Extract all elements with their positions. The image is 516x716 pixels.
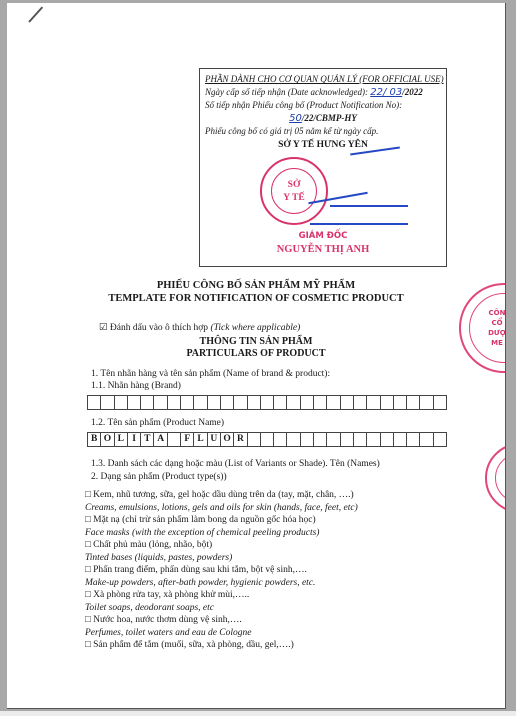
checkbox-icon: □: [85, 540, 91, 550]
product-name-cell: [407, 432, 420, 447]
product-type-option: □ Sản phẩm để tắm (muối, sữa, xà phòng, …: [85, 639, 358, 652]
checkbox-icon: □: [85, 590, 91, 600]
checkbox-icon: □: [85, 565, 91, 575]
section-1-2-label: 1.2. Tên sản phẩm (Product Name): [91, 417, 224, 429]
product-name-cell: [367, 432, 380, 447]
product-name-cell: B: [88, 432, 101, 447]
checkbox-icon: □: [85, 490, 91, 500]
product-type-option: □ Phấn trang điểm, phấn dùng sau khi tắm…: [85, 564, 358, 577]
product-name-grid: BOLITAFLUOR: [87, 432, 447, 447]
section-1-label: 1. Tên nhãn hàng và tên sản phẩm (Name o…: [91, 368, 330, 380]
product-name-cell: [287, 432, 300, 447]
pen-mark: [28, 6, 43, 22]
document-title-vi: PHIẾU CÔNG BỐ SẢN PHẨM MỸ PHẨM: [7, 280, 505, 293]
product-name-cell: L: [115, 432, 128, 447]
particulars-heading-en: PARTICULARS OF PRODUCT: [7, 348, 505, 360]
department-name: SỞ Y TẾ HƯNG YÊN: [205, 139, 441, 152]
date-acknowledged-label: Ngày cấp số tiếp nhận (Date acknowledged…: [205, 87, 368, 97]
document-title: PHIẾU CÔNG BỐ SẢN PHẨM MỸ PHẨM TEMPLATE …: [7, 280, 505, 305]
stamp-line-1: SỞ: [260, 179, 328, 192]
brand-cell: [168, 395, 181, 410]
brand-cell: [327, 395, 340, 410]
checkbox-icon: □: [85, 640, 91, 650]
product-name-cell: [274, 432, 287, 447]
section-1-3-label: 1.3. Danh sách các dạng hoặc màu (List o…: [91, 458, 380, 470]
product-name-cell: [354, 432, 367, 447]
tick-instruction-vi: Đánh dấu vào ô thích hợp: [110, 323, 208, 333]
brand-cell: [407, 395, 420, 410]
brand-cell: [248, 395, 261, 410]
product-type-label-vi: Chất phủ màu (lỏng, nhão, bột): [93, 540, 212, 550]
brand-cell: [367, 395, 380, 410]
product-type-option: □ Kem, nhũ tương, sữa, gel hoặc dầu dùng…: [85, 489, 358, 502]
product-name-cell: O: [101, 432, 114, 447]
brand-cell: [88, 395, 101, 410]
product-type-label-en: Toilet soaps, deodorant soaps, etc: [85, 602, 358, 615]
product-type-label-vi: Nước hoa, nước thơm dùng vệ sinh,….: [93, 615, 242, 625]
checkbox-icon: □: [85, 615, 91, 625]
section-2-label: 2. Dạng sản phẩm (Product type(s)): [91, 471, 227, 483]
director-title: GIÁM ĐỐC: [200, 230, 446, 243]
brand-cell: [394, 395, 407, 410]
brand-cell: [194, 395, 207, 410]
product-type-label-vi: Phấn trang điểm, phấn dùng sau khi tắm, …: [93, 565, 307, 575]
product-type-label-vi: Sản phẩm để tắm (muối, sữa, xà phòng, dầ…: [93, 640, 294, 650]
brand-cell: [221, 395, 234, 410]
product-name-cell: O: [221, 432, 234, 447]
product-name-cell: [341, 432, 354, 447]
product-name-cell: [314, 432, 327, 447]
tick-instruction: ☑ Đánh dấu vào ô thích hợp (Tick where a…: [99, 322, 300, 333]
product-name-cell: A: [154, 432, 167, 447]
brand-cell: [234, 395, 247, 410]
product-types-list: □ Kem, nhũ tương, sữa, gel hoặc dầu dùng…: [85, 489, 358, 652]
brand-cell: [261, 395, 274, 410]
brand-cell: [181, 395, 194, 410]
brand-cell: [434, 395, 447, 410]
product-name-cell: I: [128, 432, 141, 447]
product-name-cell: [168, 432, 181, 447]
brand-cell: [141, 395, 154, 410]
brand-cell: [208, 395, 221, 410]
viewer-bottom-band: [0, 711, 516, 716]
product-type-label-en: Make-up powders, after-bath powder, hygi…: [85, 577, 358, 590]
brand-cell: [101, 395, 114, 410]
product-type-label-vi: Xà phòng rửa tay, xà phòng khử mùi,…..: [93, 590, 249, 600]
document-page: PHẦN DÀNH CHO CƠ QUAN QUẢN LÝ (FOR OFFIC…: [7, 3, 506, 709]
tick-instruction-en: (Tick where applicable): [210, 323, 300, 333]
product-type-label-vi: Kem, nhũ tương, sữa, gel hoặc dầu dùng t…: [93, 490, 354, 500]
product-name-cell: [261, 432, 274, 447]
product-name-cell: [301, 432, 314, 447]
product-type-label-vi: Mặt nạ (chỉ trừ sản phẩm làm bong da ngu…: [93, 515, 316, 525]
section-1-1-label: 1.1. Nhãn hàng (Brand): [91, 380, 181, 392]
checkbox-icon: □: [85, 515, 91, 525]
signature-stroke: [330, 205, 408, 207]
signature-stroke: [310, 223, 408, 225]
notification-number-suffix: /22/CBMP-HY: [302, 113, 357, 123]
company-stamp-partial: [485, 443, 506, 513]
checked-box-icon: ☑: [99, 323, 108, 333]
particulars-heading-vi: THÔNG TIN SẢN PHẨM: [7, 336, 505, 348]
director-name: NGUYỄN THỊ ANH: [200, 244, 446, 257]
product-name-cell: [248, 432, 261, 447]
brand-cell: [314, 395, 327, 410]
product-name-cell: F: [181, 432, 194, 447]
notification-number-handwritten: 50: [289, 113, 302, 124]
date-acknowledged-row: Ngày cấp số tiếp nhận (Date acknowledged…: [205, 86, 441, 100]
brand-cell: [287, 395, 300, 410]
product-name-cell: [394, 432, 407, 447]
product-name-cell: U: [208, 432, 221, 447]
product-type-option: □ Nước hoa, nước thơm dùng vệ sinh,….: [85, 614, 358, 627]
official-use-box: PHẦN DÀNH CHO CƠ QUAN QUẢN LÝ (FOR OFFIC…: [199, 68, 447, 267]
brand-cell: [274, 395, 287, 410]
product-name-cell: L: [194, 432, 207, 447]
product-name-cell: R: [234, 432, 247, 447]
stamp-line-2: Y TẾ: [260, 192, 328, 205]
official-use-header: PHẦN DÀNH CHO CƠ QUAN QUẢN LÝ (FOR OFFIC…: [205, 73, 441, 86]
document-title-en: TEMPLATE FOR NOTIFICATION OF COSMETIC PR…: [7, 293, 505, 306]
brand-cell: [128, 395, 141, 410]
product-name-cell: [434, 432, 447, 447]
validity-text: Phiếu công bố có giá trị 05 năm kể từ ng…: [205, 125, 441, 138]
product-type-option: □ Mặt nạ (chỉ trừ sản phẩm làm bong da n…: [85, 514, 358, 527]
notification-number-label: Số tiếp nhận Phiếu công bố (Product Noti…: [205, 99, 441, 112]
product-name-cell: T: [141, 432, 154, 447]
product-type-option: □ Chất phủ màu (lỏng, nhão, bột): [85, 539, 358, 552]
product-type-option: □ Xà phòng rửa tay, xà phòng khử mùi,…..: [85, 589, 358, 602]
brand-cell: [354, 395, 367, 410]
date-handwritten: 22/ 03: [370, 87, 402, 98]
particulars-heading: THÔNG TIN SẢN PHẨM PARTICULARS OF PRODUC…: [7, 336, 505, 360]
product-type-label-en: Face masks (with the exception of chemic…: [85, 527, 358, 540]
product-name-cell: [420, 432, 433, 447]
brand-cell: [115, 395, 128, 410]
brand-cell: [420, 395, 433, 410]
brand-cell: [341, 395, 354, 410]
notification-number-row: 50/22/CBMP-HY: [205, 112, 441, 126]
product-type-label-en: Creams, emulsions, lotions, gels and oil…: [85, 502, 358, 515]
product-name-cell: [381, 432, 394, 447]
date-year: /2022: [402, 87, 423, 97]
brand-cell: [301, 395, 314, 410]
brand-grid: [87, 395, 447, 410]
brand-cell: [154, 395, 167, 410]
product-name-cell: [327, 432, 340, 447]
brand-cell: [381, 395, 394, 410]
product-type-label-en: Perfumes, toilet waters and eau de Colog…: [85, 627, 358, 640]
product-type-label-en: Tinted bases (liquids, pastes, powders): [85, 552, 358, 565]
